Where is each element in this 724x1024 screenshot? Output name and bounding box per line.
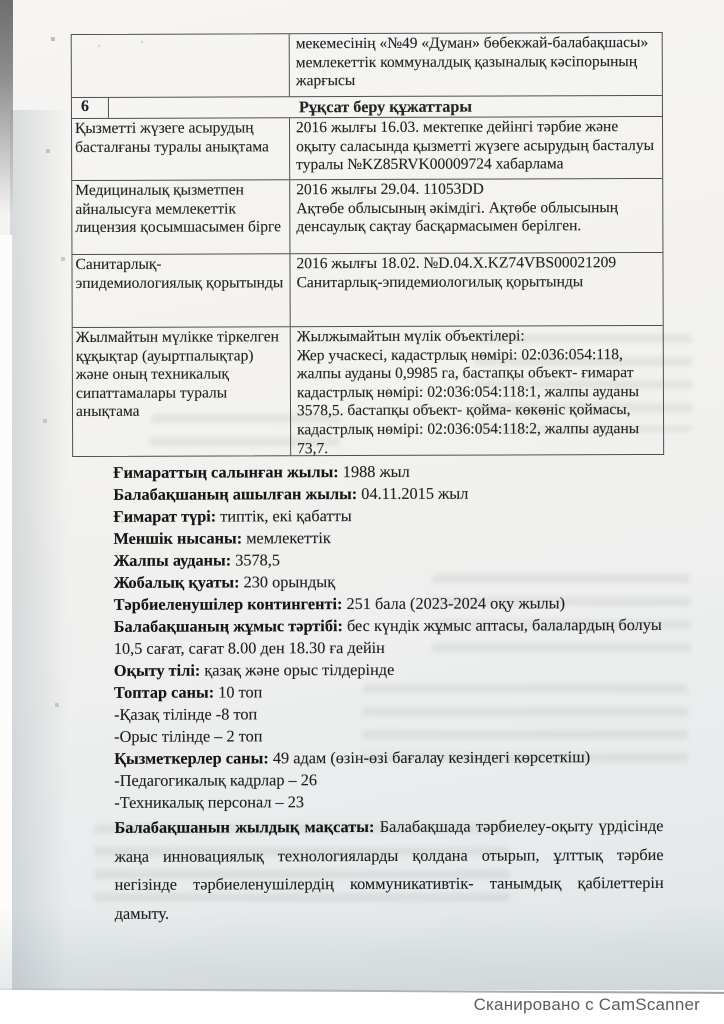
fact-label: Тәрбиеленушілер контингенті: xyxy=(114,594,343,614)
fact-line: Топтар саны: 10 топ xyxy=(114,680,663,704)
document-page: мекемесінің «№49 «Думан» бөбекжай-балаба… xyxy=(0,0,724,1024)
fact-label: Ғимарат түрі: xyxy=(113,507,216,526)
table-cell-value: 2016 жылғы 29.04. 11053DD Ақтөбе облысын… xyxy=(289,179,662,253)
table-cell-charter-value: мекемесінің «№49 «Думан» бөбекжай-балаба… xyxy=(289,33,662,96)
table-cell-label: Қызметті жүзеге асырудың басталғаны тура… xyxy=(72,118,289,180)
fact-line: Тәрбиеленушілер контингенті: 251 бала (2… xyxy=(114,592,663,616)
fact-label: Балабақшаның жұмыс тәртібі: xyxy=(114,616,343,636)
section-number: 6 xyxy=(72,98,109,118)
facts-section: Ғимараттың салынған жылы: 1988 жыл Балаб… xyxy=(113,460,664,928)
fact-label: Меншік нысаны: xyxy=(113,528,242,547)
table-cell-label: Жылмайтын мүлікке тіркелген құқықтар (ау… xyxy=(73,327,290,456)
table-cell-label: Санитарлық-эпидемиологиялық қорытынды xyxy=(72,254,289,327)
fact-line: Ғимарат түрі: типтік, екі қабатты xyxy=(113,504,662,528)
fact-value: 49 адам (өзін-өзі бағалау кезіндегі көрс… xyxy=(269,747,590,767)
table-row: Санитарлық-эпидемиологиялық қорытынды 20… xyxy=(72,252,662,327)
fact-value: мемлекеттік xyxy=(242,528,331,547)
fact-line: Қызметкерлер саны: 49 адам (өзін-өзі бағ… xyxy=(114,746,663,770)
fact-line: Ғимараттың салынған жылы: 1988 жыл xyxy=(113,460,662,484)
fact-value: -Педагогикалық кадрлар – 26 xyxy=(114,770,317,790)
fact-line: -Педагогикалық кадрлар – 26 xyxy=(114,768,663,792)
table-cell-value: 2016 жылғы 16.03. мектепке дейінгі тәрби… xyxy=(289,117,662,179)
fact-value: -Техникалық персонал – 23 xyxy=(114,792,304,812)
fact-value: 230 орындық xyxy=(239,572,335,591)
permits-table: мекемесінің «№49 «Думан» бөбекжай-балаба… xyxy=(71,32,664,457)
fact-line: -Техникалық персонал – 23 xyxy=(114,790,663,814)
fact-label: Ғимараттың салынған жылы: xyxy=(113,462,339,482)
fact-value: қазақ және орыс тілдерінде xyxy=(200,660,394,680)
fact-value: 3578,5 xyxy=(231,550,280,569)
table-cell-empty xyxy=(72,34,289,97)
fact-line: Меншік нысаны: мемлекеттік xyxy=(113,526,662,550)
section-title: Рұқсат беру құжаттары xyxy=(109,96,662,118)
fact-label: Балабақшанын жылдық мақсаты: xyxy=(114,817,374,837)
table-row-section-header: 6 Рұқсат беру құжаттары xyxy=(72,95,662,118)
fact-value: 251 бала (2023-2024 оқу жылы) xyxy=(342,593,565,613)
fact-value: 04.11.2015 жыл xyxy=(357,484,468,503)
table-row: Жылмайтын мүлікке тіркелген құқықтар (ау… xyxy=(73,325,663,456)
fact-line: Оқыту тілі: қазақ және орыс тілдерінде xyxy=(114,658,663,682)
fact-value: типтік, екі қабатты xyxy=(216,506,352,525)
fact-label: Жобалық қуаты: xyxy=(114,572,240,591)
fact-label: Топтар саны: xyxy=(114,683,214,702)
fact-line: -Орыс тілінде – 2 топ xyxy=(114,724,663,748)
fact-value: 10 топ xyxy=(214,682,262,701)
fact-line: Балабақшаның жұмыс тәртібі: бес күндік ж… xyxy=(114,614,663,660)
fact-value: -Орыс тілінде – 2 топ xyxy=(114,726,262,746)
table-row: Медициналық қызметпен айналысуға мемлеке… xyxy=(72,178,662,254)
table-cell-value: 2016 жылғы 18.02. №D.04.X.KZ74VBS0002120… xyxy=(289,253,662,326)
table-cell-label: Медициналық қызметпен айналысуға мемлеке… xyxy=(72,180,289,254)
table-row-continuation: мекемесінің «№49 «Думан» бөбекжай-балаба… xyxy=(72,33,662,97)
fact-value: -Қазақ тілінде -8 топ xyxy=(114,704,257,723)
fact-line: Жалпы ауданы: 3578,5 xyxy=(113,548,662,572)
fact-line: Жобалық қуаты: 230 орындық xyxy=(114,570,663,594)
fact-line: -Қазақ тілінде -8 топ xyxy=(114,702,663,726)
fact-label: Оқыту тілі: xyxy=(114,661,200,680)
fact-label: Қызметкерлер саны: xyxy=(114,748,269,768)
fact-annual-goal: Балабақшанын жылдық мақсаты: Балабақшада… xyxy=(114,812,663,928)
fact-line: Балабақшаның ашылған жылы: 04.11.2015 жы… xyxy=(113,482,662,506)
fact-label: Балабақшаның ашылған жылы: xyxy=(113,484,357,504)
fact-label: Жалпы ауданы: xyxy=(113,550,231,569)
table-cell-value: Жылжымайтын мүлік объектілері: Жер учаск… xyxy=(290,326,663,455)
camscanner-watermark: Сканировано с CamScanner xyxy=(474,995,700,1015)
fact-value: 1988 жыл xyxy=(339,462,410,481)
table-row: Қызметті жүзеге асырудың басталғаны тура… xyxy=(72,116,662,180)
